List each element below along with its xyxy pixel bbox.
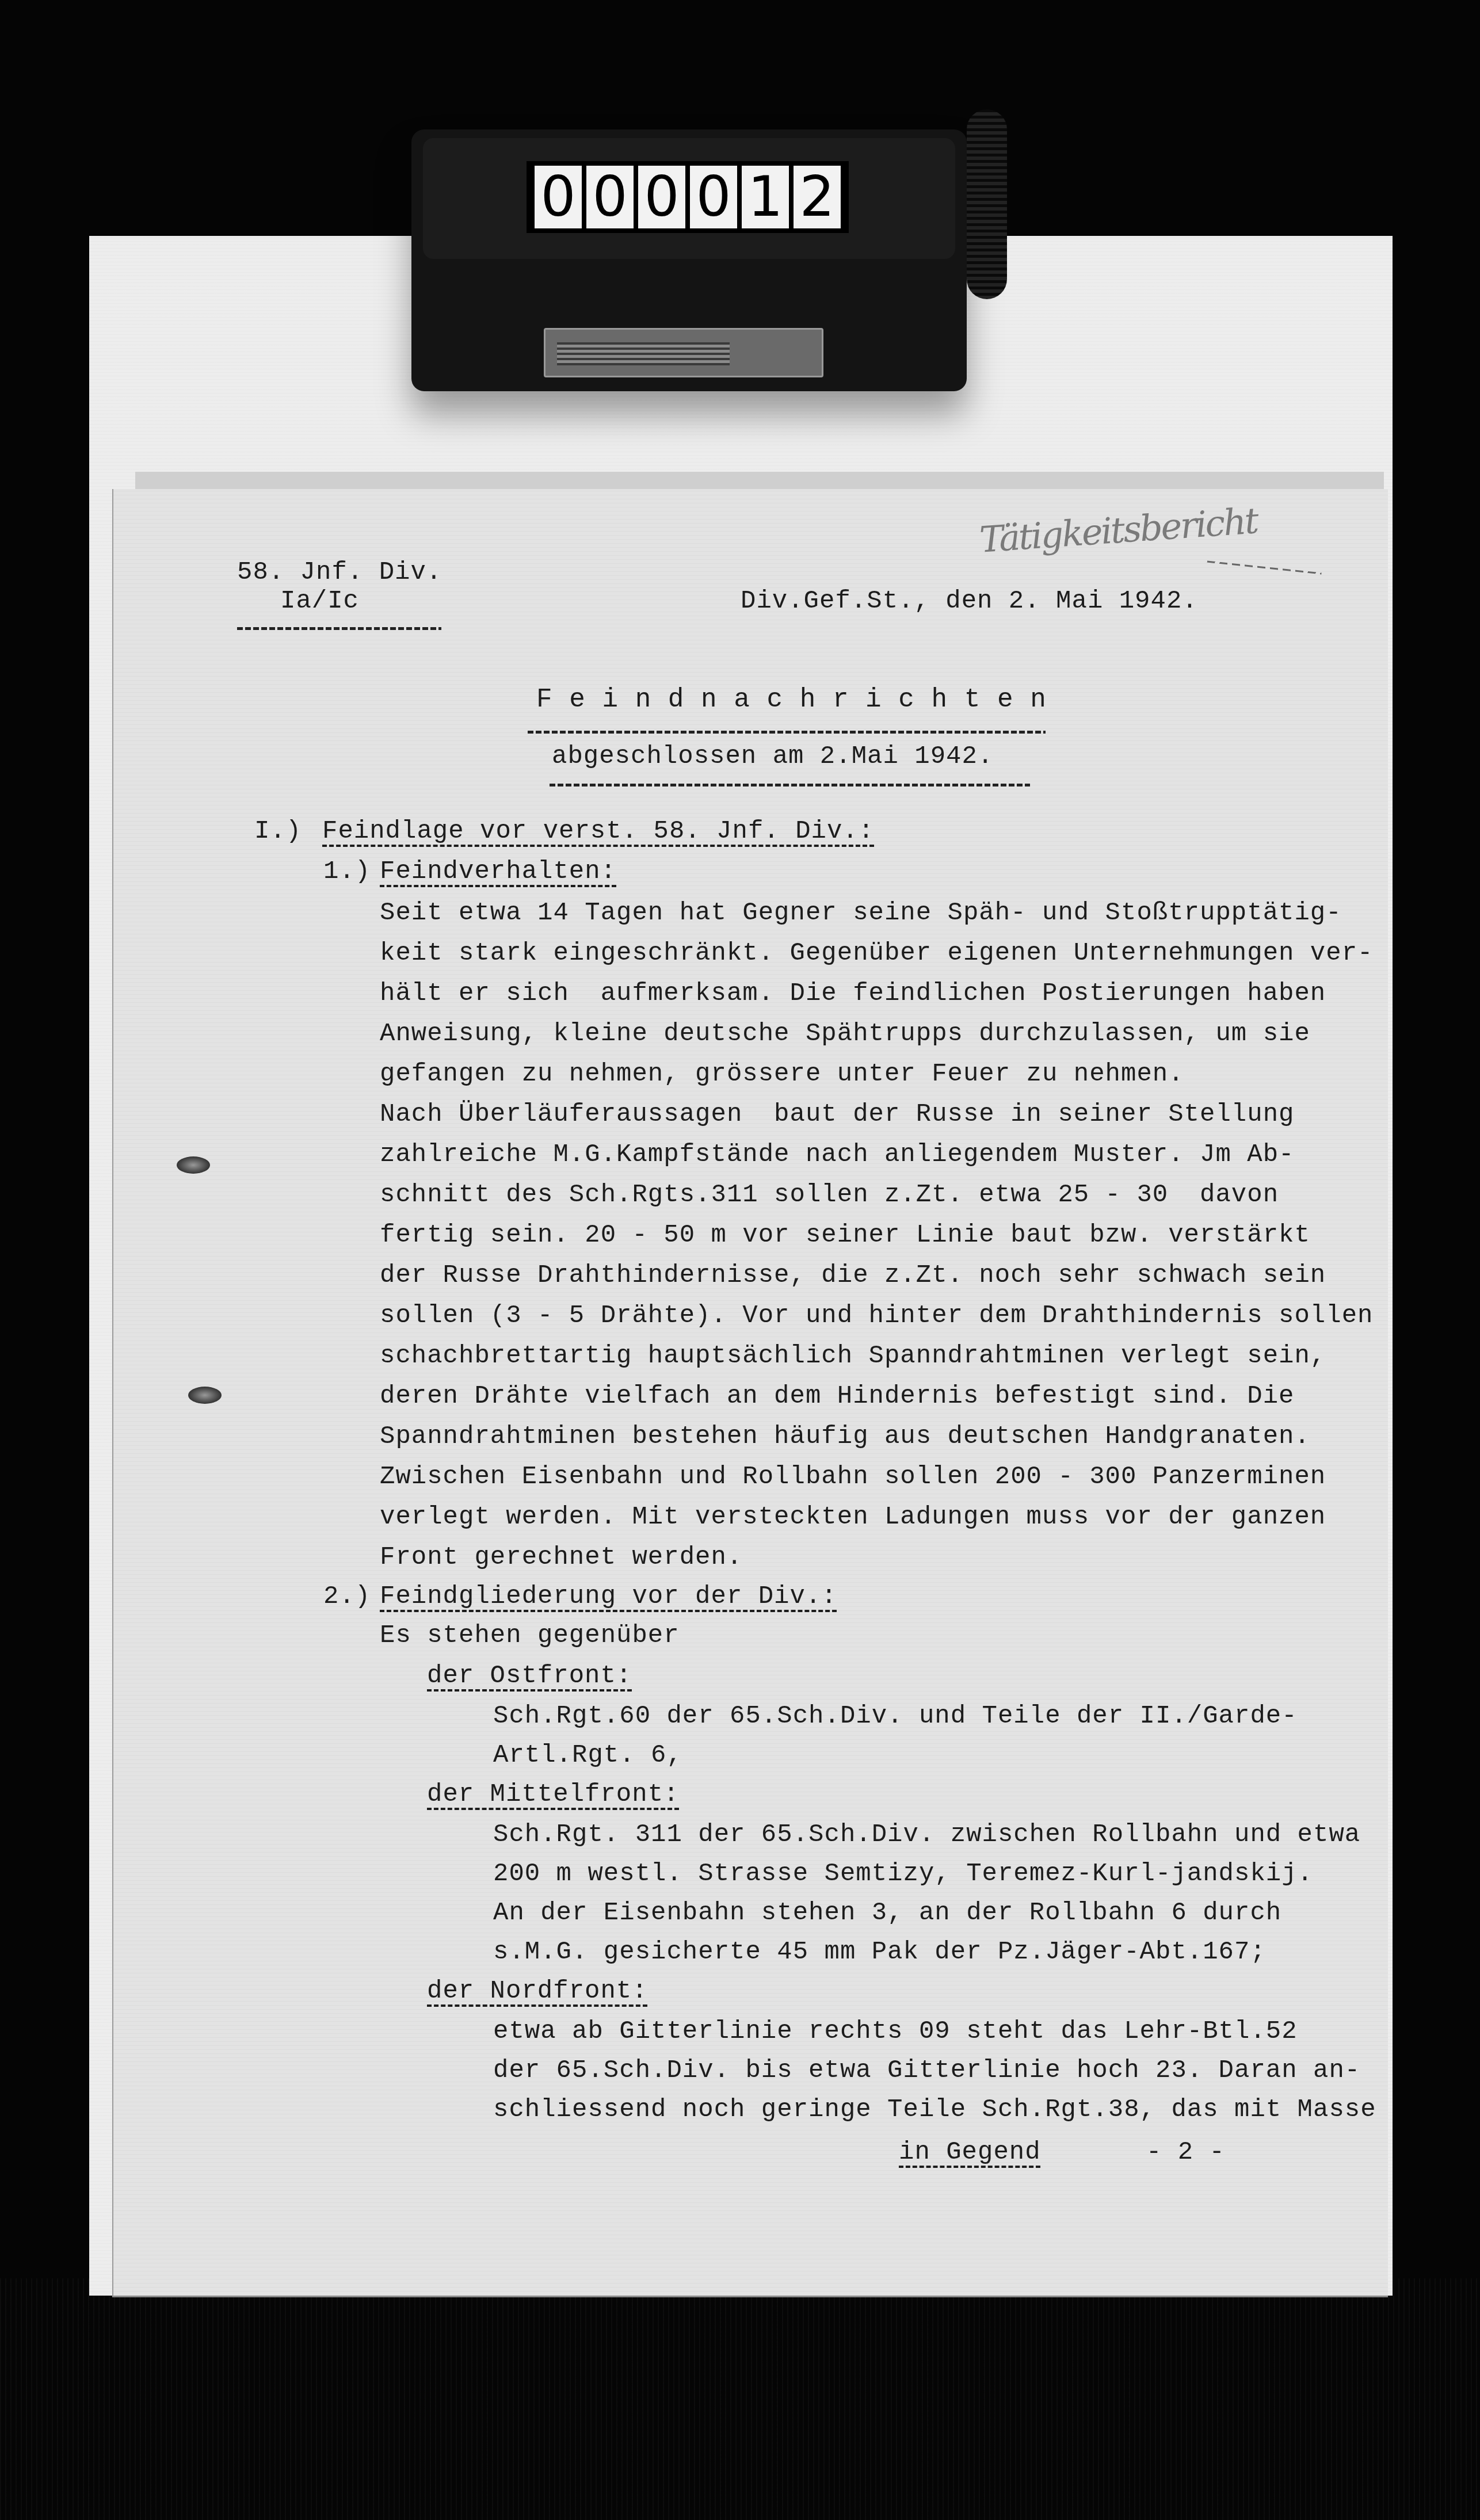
film-backdrop (0, 2278, 1480, 2520)
document-title: F e i n d n a c h r i c h t e n (536, 685, 1047, 715)
body-line: Artl.Rgt. 6, (493, 1741, 682, 1770)
body-line: fertig sein. 20 - 50 m vor seiner Linie … (380, 1221, 1310, 1250)
counter-knob-icon (967, 109, 1007, 299)
subsection-number: 1.) (323, 857, 371, 886)
body-line: hält er sich aufmerksam. Die feindlichen… (380, 979, 1326, 1008)
punch-hole-icon (188, 1387, 222, 1404)
body-line: gefangen zu nehmen, grössere unter Feuer… (380, 1060, 1184, 1089)
counter-digit: 0 (638, 166, 685, 228)
front-heading-ost: der Ostfront: (427, 1662, 632, 1690)
body-line: Spanndrahtminen bestehen häufig aus deut… (380, 1422, 1310, 1451)
body-line: schliessend noch geringe Teile Sch.Rgt.3… (493, 2095, 1376, 2124)
body-line: 200 m westl. Strasse Semtizy, Teremez-Ku… (493, 1860, 1313, 1888)
counter-housing: 0 0 0 0 1 2 (423, 138, 955, 259)
header-rule (237, 627, 441, 630)
body-line: Nach Überläuferaussagen baut der Russe i… (380, 1100, 1294, 1129)
section-designation: Ia/Ic (280, 587, 359, 616)
subsection-number: 2.) (323, 1582, 371, 1611)
body-line: Sch.Rgt. 311 der 65.Sch.Div. zwischen Ro… (493, 1820, 1360, 1849)
body-line: zahlreiche M.G.Kampfstände nach anliegen… (380, 1140, 1294, 1169)
front-heading-nord: der Nordfront: (427, 1977, 648, 2006)
counter-digit: 2 (794, 166, 841, 228)
section-number: I.) (254, 817, 302, 846)
body-line: Sch.Rgt.60 der 65.Sch.Div. und Teile der… (493, 1702, 1298, 1731)
document-page: Tätigkeitsbericht 58. Jnf. Div. Ia/Ic Di… (112, 489, 1388, 2297)
body-line: der 65.Sch.Div. bis etwa Gitterlinie hoc… (493, 2056, 1360, 2085)
body-line: schachbrettartig hauptsächlich Spanndrah… (380, 1342, 1326, 1370)
page-number: - 2 - (1146, 2138, 1225, 2167)
title-rule (528, 731, 1046, 734)
body-line: etwa ab Gitterlinie rechts 09 steht das … (493, 2017, 1298, 2046)
body-line: Front gerechnet werden. (380, 1543, 742, 1572)
body-line: Anweisung, kleine deutsche Spähtrupps du… (380, 1020, 1310, 1048)
intro-line: Es stehen gegenüber (380, 1621, 680, 1650)
pencil-mark (1207, 561, 1321, 575)
body-line: s.M.G. gesicherte 45 mm Pak der Pz.Jäger… (493, 1938, 1266, 1967)
handwritten-annotation: Tätigkeitsbericht (978, 499, 1258, 561)
subsection-heading: Feindgliederung vor der Div.: (380, 1582, 837, 1611)
counter-digit: 0 (535, 166, 582, 228)
counter-nameplate (544, 328, 823, 377)
punch-hole-icon (177, 1156, 210, 1174)
counter-digit: 1 (742, 166, 789, 228)
counter-digit: 0 (586, 166, 634, 228)
catchword: in Gegend (899, 2138, 1041, 2167)
body-line: An der Eisenbahn stehen 3, an der Rollba… (493, 1899, 1281, 1927)
body-line: keit stark eingeschränkt. Gegenüber eige… (380, 939, 1373, 968)
section-heading: Feindlage vor verst. 58. Jnf. Div.: (322, 817, 874, 846)
subtitle-rule (550, 784, 1030, 786)
body-line: schnitt des Sch.Rgts.311 sollen z.Zt. et… (380, 1181, 1279, 1209)
body-line: Zwischen Eisenbahn und Rollbahn sollen 2… (380, 1463, 1326, 1491)
body-line: sollen (3 - 5 Drähte). Vor und hinter de… (380, 1301, 1373, 1330)
place-date: Div.Gef.St., den 2. Mai 1942. (741, 587, 1198, 616)
document-subtitle: abgeschlossen am 2.Mai 1942. (552, 742, 993, 771)
body-line: deren Drähte vielfach an dem Hindernis b… (380, 1382, 1294, 1411)
unit-designation: 58. Jnf. Div. (237, 558, 442, 587)
frame-counter: 0 0 0 0 1 2 (411, 129, 967, 391)
counter-window: 0 0 0 0 1 2 (527, 161, 849, 233)
counter-digit: 0 (690, 166, 737, 228)
body-line: verlegt werden. Mit versteckten Ladungen… (380, 1503, 1326, 1532)
front-heading-mitte: der Mittelfront: (427, 1780, 679, 1809)
body-line: Seit etwa 14 Tagen hat Gegner seine Späh… (380, 899, 1342, 927)
subsection-heading: Feindverhalten: (380, 857, 616, 886)
body-line: der Russe Drahthindernisse, die z.Zt. no… (380, 1261, 1326, 1290)
